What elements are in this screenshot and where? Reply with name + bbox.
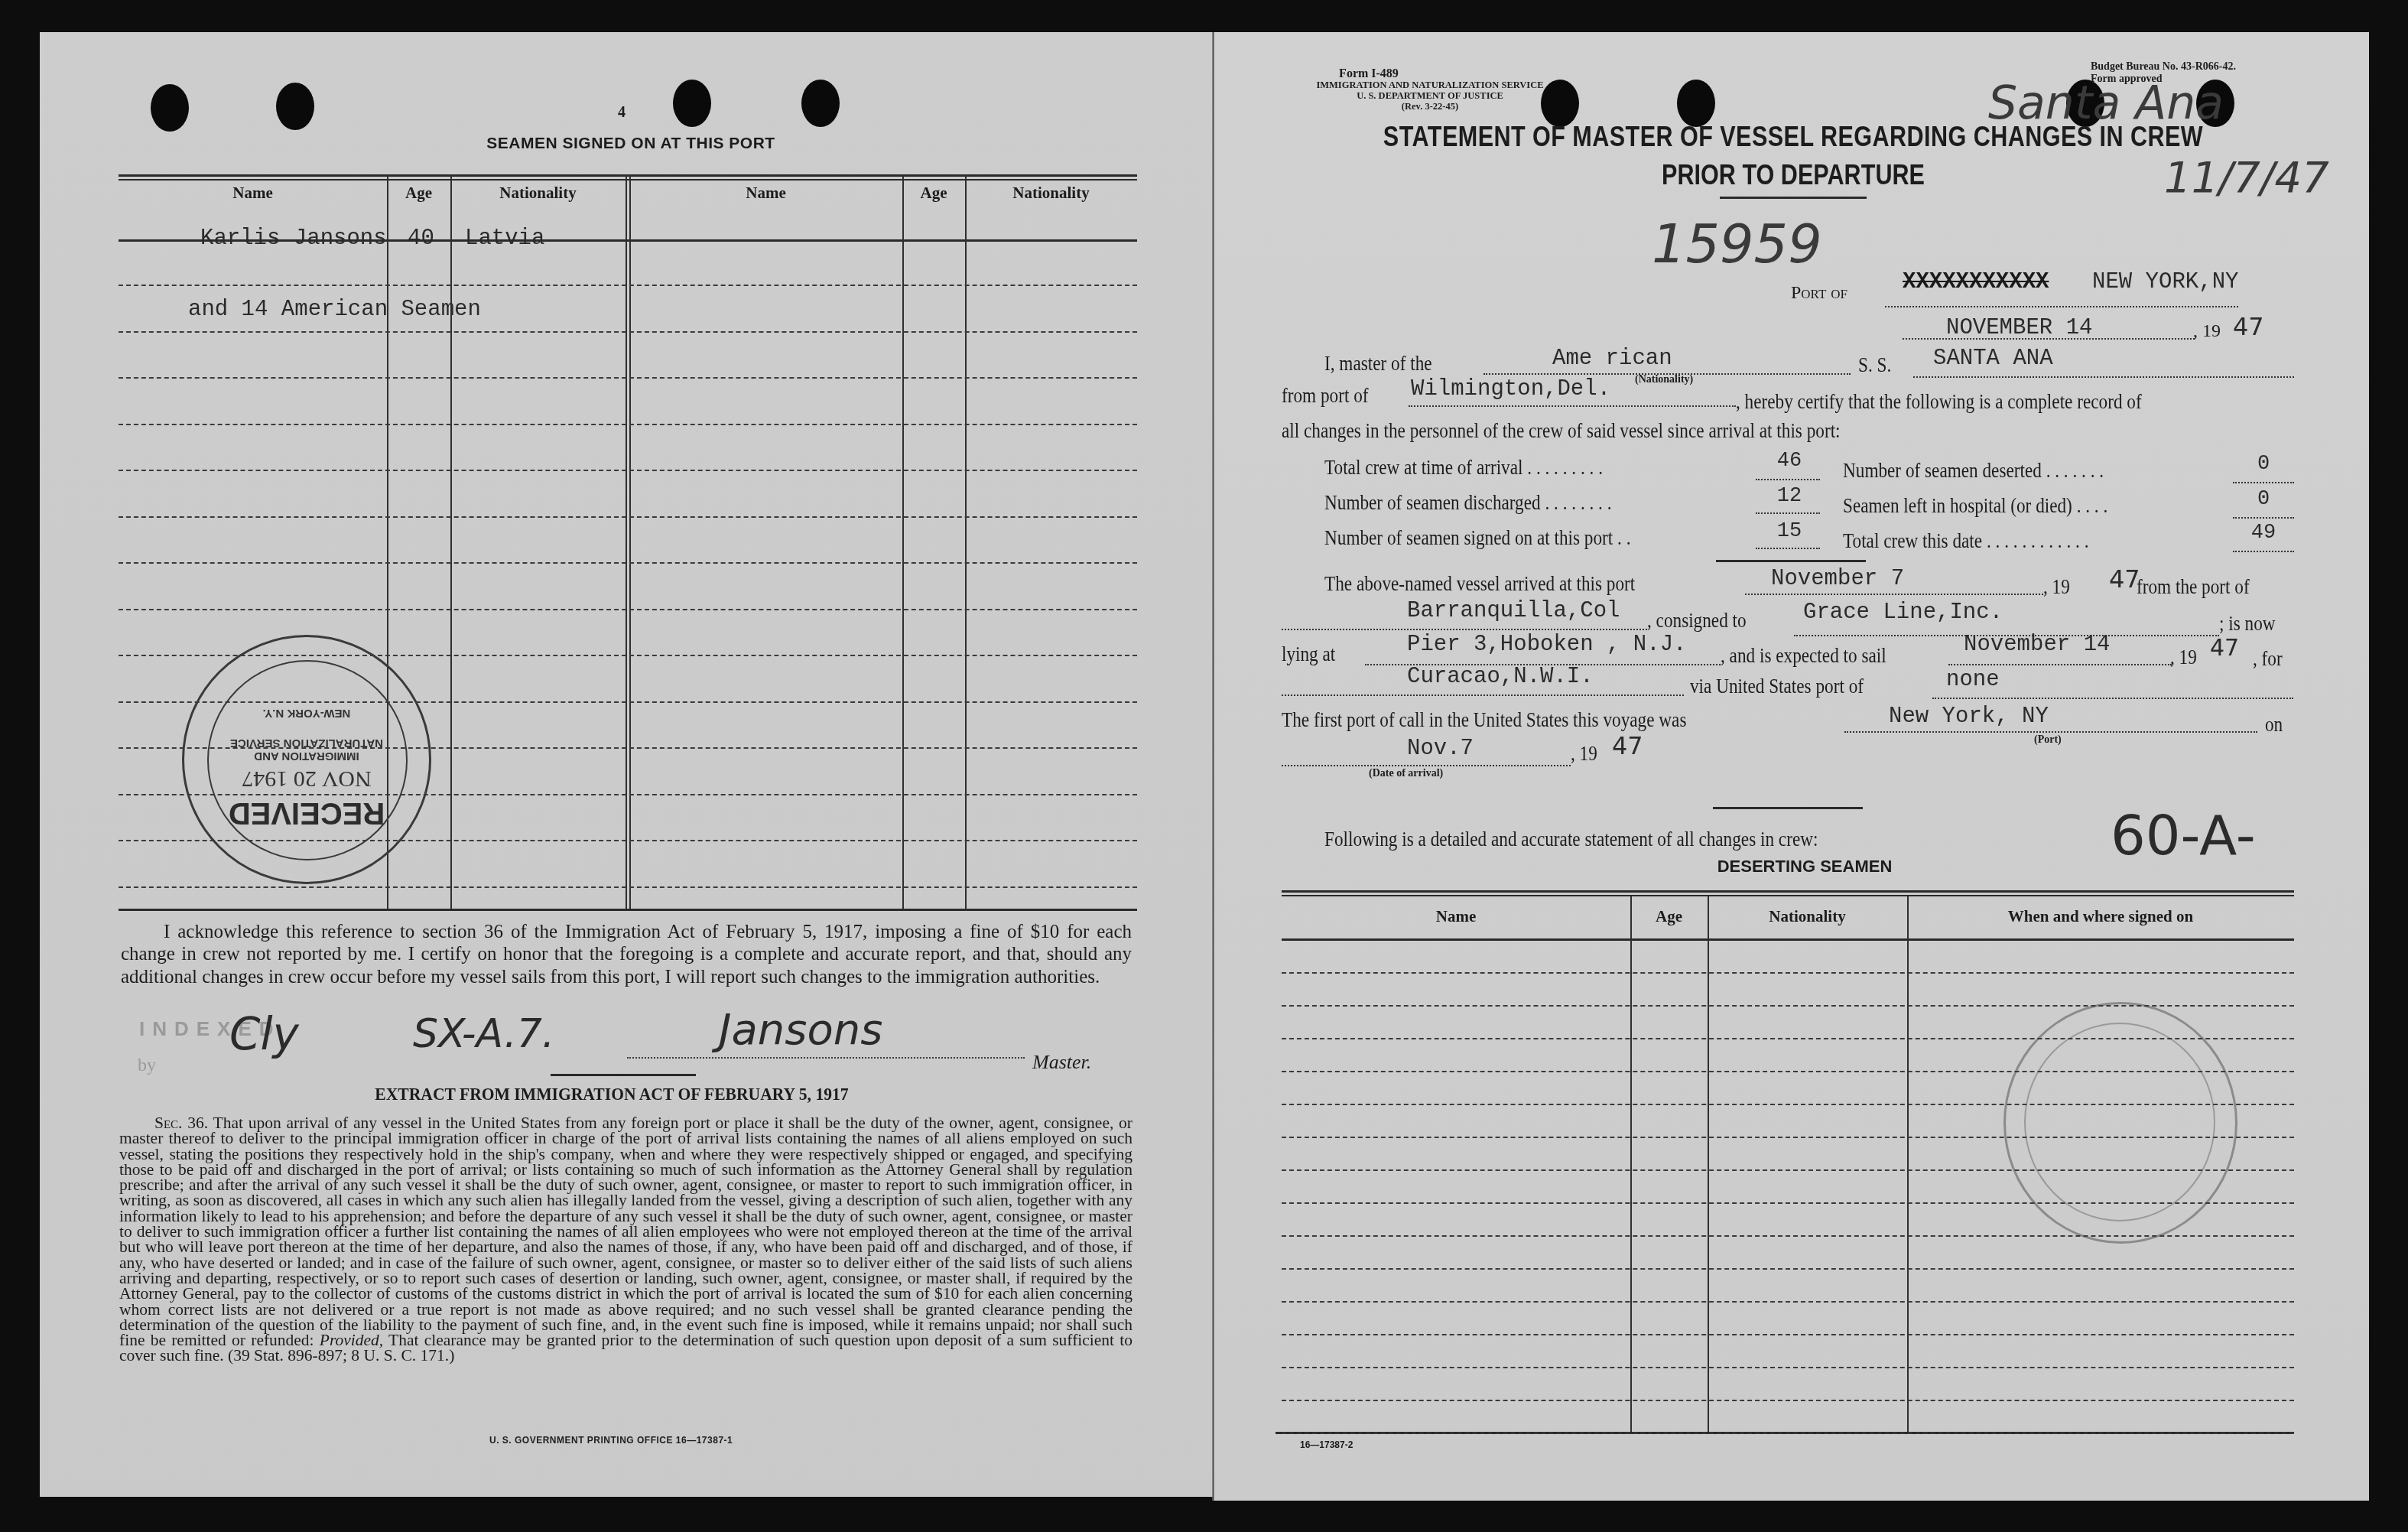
- right-footer: 16—17387-2: [1300, 1439, 1353, 1450]
- punch-hole-icon: [151, 84, 189, 132]
- table-row-line: [1282, 972, 2294, 974]
- column-header-nationality: Nationality: [1708, 907, 1907, 926]
- faint-received-stamp: [2003, 1002, 2237, 1244]
- handwritten-file-number: 15959: [1652, 213, 1822, 275]
- master-signature: Jansons: [719, 1005, 882, 1055]
- following-statement: Following is a detailed and accurate sta…: [1324, 828, 1818, 851]
- table-row-line: [1282, 1301, 2294, 1303]
- revision-date: (Rev. 3-22-45): [1285, 101, 1575, 112]
- column-header-age-2: Age: [902, 184, 965, 203]
- origin-port: Barranquilla,Col: [1407, 598, 1620, 623]
- from-port-value: Wilmington,Del.: [1411, 376, 1610, 402]
- handwritten-code-60a: 60-A-: [2111, 803, 2256, 867]
- column-header-name-2: Name: [629, 184, 902, 203]
- table-row: Karlis Jansons: [200, 226, 387, 251]
- budget-bureau-number: Budget Bureau No. 43-R066-42.: [2091, 61, 2236, 73]
- seamen-hospital: 0: [2233, 488, 2294, 511]
- column-header-nationality: Nationality: [450, 184, 626, 203]
- punch-hole-icon: [673, 80, 711, 127]
- arrival-date: November 7: [1771, 566, 1904, 591]
- total-crew-arrival: 46: [1759, 450, 1820, 473]
- column-header-age: Age: [1630, 907, 1708, 926]
- lying-at-value: Pier 3,Hoboken , N.J.: [1407, 632, 1686, 657]
- seamen-signed-on: 15: [1759, 520, 1820, 543]
- arrival-year: 47: [2109, 564, 2140, 594]
- handwritten-code: SX-A.7.: [413, 1011, 554, 1057]
- table-row-line: [1282, 1400, 2294, 1401]
- page-fold: [1212, 32, 1214, 1501]
- table-row-line: [1282, 1433, 2294, 1434]
- received-stamp: RECEIVED NOV 20 1947 IMMIGRATION AND NAT…: [182, 635, 431, 884]
- sail-date: November 14: [1964, 632, 2110, 657]
- row-name: and 14 American Seamen: [188, 297, 481, 322]
- table-row-line: [119, 331, 1137, 333]
- punch-hole-icon: [1677, 80, 1715, 127]
- master-label: Master.: [1032, 1051, 1091, 1074]
- nationality-value: Ame rican: [1552, 346, 1672, 371]
- table-title: SEAMEN SIGNED ON AT THIS PORT: [459, 135, 803, 153]
- table-row-line: [119, 285, 1137, 286]
- table-row-line: [119, 470, 1137, 471]
- table-row-line: [119, 609, 1137, 610]
- left-footer: U. S. GOVERNMENT PRINTING OFFICE 16—1738…: [489, 1435, 733, 1446]
- handwritten-initials: Cly: [229, 1008, 299, 1060]
- column-header-name: Name: [1282, 907, 1630, 926]
- first-arrival-date: Nov.7: [1407, 736, 1474, 761]
- row-name: Karlis Jansons: [200, 226, 387, 251]
- destination: Curacao,N.W.I.: [1407, 664, 1594, 689]
- punch-hole-icon: [276, 83, 314, 130]
- column-header-age: Age: [387, 184, 450, 203]
- table-row-line: [119, 377, 1137, 379]
- form-title: STATEMENT OF MASTER OF VESSEL REGARDING …: [1374, 121, 2213, 153]
- port-value: NEW YORK,NY: [2092, 269, 2238, 294]
- table-row-line: [119, 424, 1137, 425]
- total-crew-this-date: 49: [2233, 522, 2294, 545]
- port-of-label: Port of: [1791, 283, 1847, 304]
- table-row-line: [119, 886, 1137, 888]
- vessel-name: SANTA ANA: [1933, 346, 2053, 371]
- column-header-nationality-2: Nationality: [965, 184, 1137, 203]
- punch-hole-icon: [801, 80, 840, 127]
- form-subtitle: PRIOR TO DEPARTURE: [1374, 159, 2213, 191]
- deserting-seamen-title: DESERTING SEAMEN: [1644, 857, 1965, 877]
- table-row: and 14 American Seamen: [188, 297, 481, 322]
- department-name: U. S. DEPARTMENT OF JUSTICE: [1285, 90, 1575, 102]
- table-row-line: [119, 562, 1137, 564]
- row-age: 40: [408, 226, 434, 251]
- table-row-line: [1282, 1367, 2294, 1368]
- extract-title: EXTRACT FROM IMMIGRATION ACT OF FEBRUARY…: [268, 1085, 956, 1105]
- via-port-value: none: [1946, 667, 2000, 692]
- seamen-discharged: 12: [1759, 485, 1820, 508]
- first-arrival-year: 47: [1612, 731, 1643, 760]
- consignee: Grace Line,Inc.: [1803, 600, 2003, 625]
- table-row-line: [1282, 1334, 2294, 1335]
- page-number: 4: [618, 104, 626, 122]
- column-header-name: Name: [119, 184, 387, 203]
- column-header-when-where: When and where signed on: [1907, 907, 2294, 926]
- indexed-by-label: by: [138, 1055, 156, 1076]
- seamen-deserted: 0: [2233, 453, 2294, 476]
- agency-name: IMMIGRATION AND NATURALIZATION SERVICE: [1285, 80, 1575, 91]
- statement-date: NOVEMBER 14: [1946, 315, 2092, 340]
- statement-year: 47: [2233, 312, 2264, 341]
- table-row-line: [1282, 1268, 2294, 1270]
- first-port-value: New York, NY: [1889, 704, 2049, 729]
- port-struck-out: XXXXXXXXXXX: [1903, 269, 2049, 294]
- table-row-line: [119, 516, 1137, 518]
- extract-text: Sec. 36. That upon arrival of any vessel…: [119, 1115, 1133, 1364]
- certification-text: I acknowledge this reference to section …: [121, 921, 1132, 988]
- row-nationality: Latvia: [465, 226, 544, 251]
- sail-year: 47: [2210, 635, 2239, 662]
